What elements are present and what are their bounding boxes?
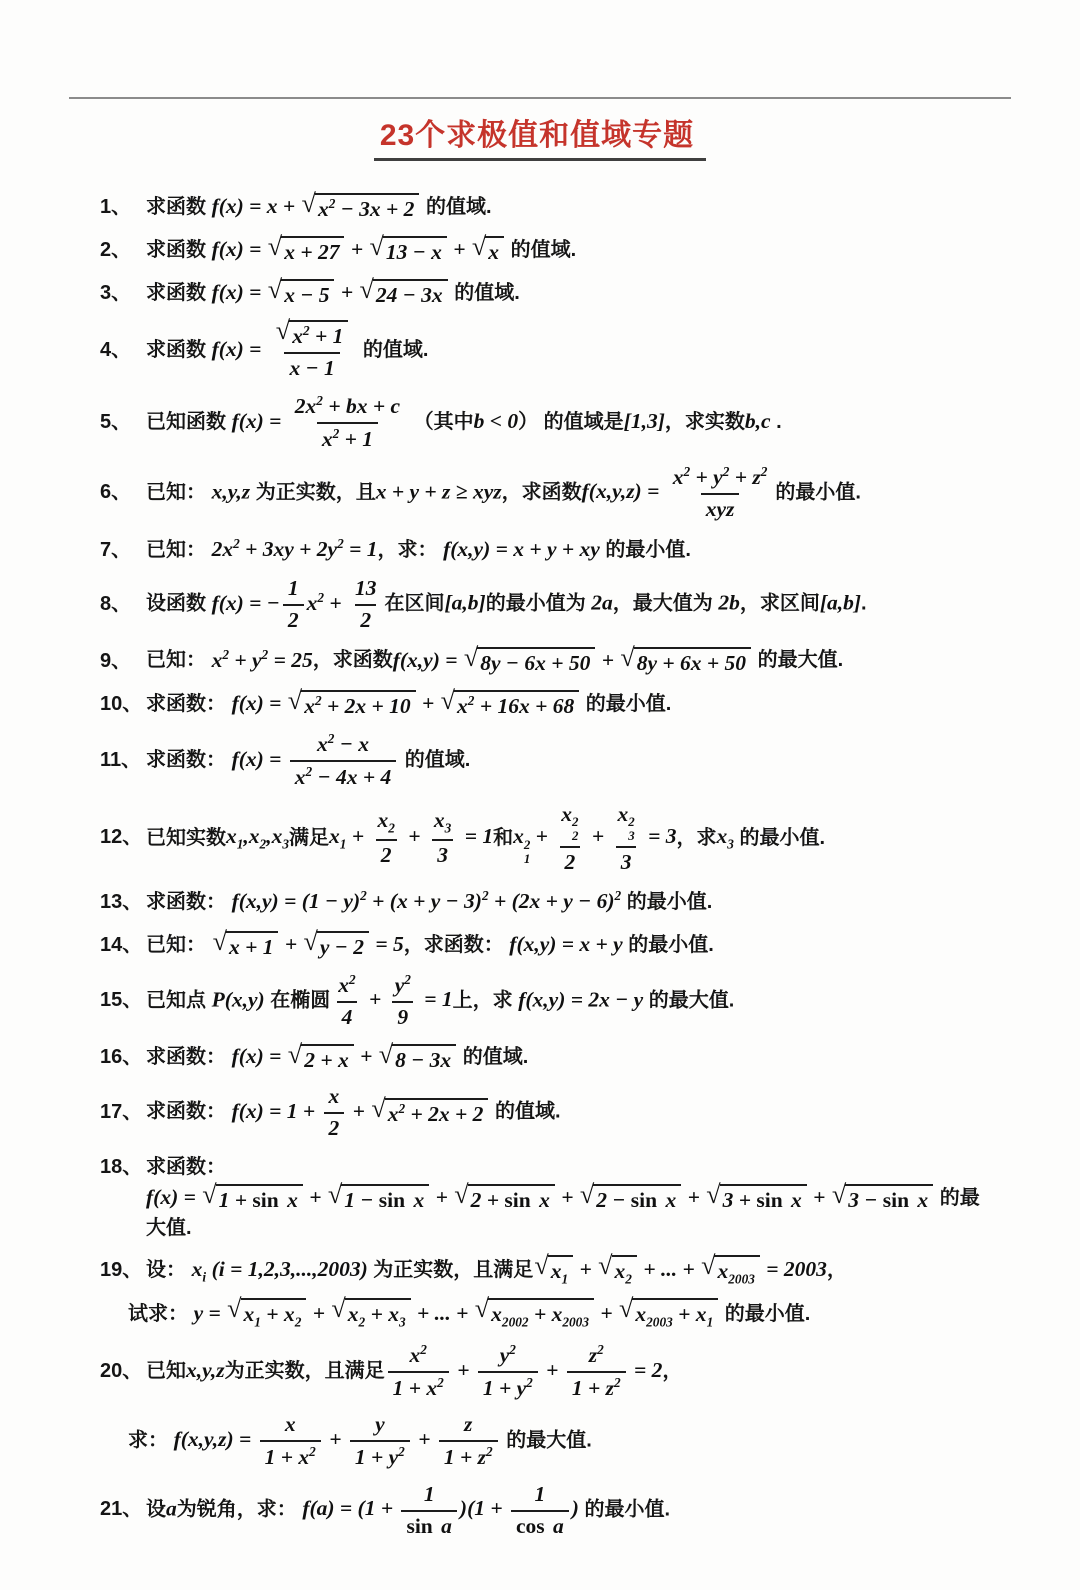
problem-line: 17、求函数： f(x) = 1 + x2 + √x2 + 2x + 2 的值域… [146, 1084, 996, 1142]
fraction-denominator: x2 + 1 [317, 422, 378, 453]
fraction-denominator: 3 [616, 846, 637, 876]
subscript: 1 [707, 1314, 714, 1329]
fraction-denominator: 1 + x2 [388, 1371, 449, 1402]
sqrt-radical: √13 − x [369, 236, 446, 266]
top-rule [69, 97, 1011, 99]
function-name: sin [252, 1188, 278, 1212]
problem-line: 14、已知： √x + 1 + √y − 2 = 5，求函数： f(x,y) =… [146, 929, 996, 961]
fraction-denominator: 1 + z2 [567, 1371, 626, 1402]
fraction-denominator: 2 [560, 846, 581, 876]
sqrt-radical: √1 + sin x [202, 1184, 303, 1214]
problem-line: 3、求函数 f(x) = √x − 5 + √24 − 3x 的值域. [146, 277, 996, 309]
text-run: 在区间 [385, 593, 445, 615]
fraction-denominator: 2 [283, 604, 304, 634]
text-run: 的最大值. [752, 650, 843, 672]
superscript: 2 [509, 1342, 516, 1357]
problem-line: 15、已知点 P(x,y) 在椭圆x24 + y29 = 1上，求 f(x,y)… [146, 972, 996, 1031]
text-run: 已知函数 [146, 411, 232, 433]
radical-sign: √ [268, 277, 282, 303]
problem-line: 16、求函数： f(x) = √2 + x + √8 − 3x 的值域. [146, 1041, 996, 1073]
text-run: ，最大值为 [613, 593, 719, 615]
problem-number: 15、 [100, 986, 146, 1015]
fraction-numerator: 13 [350, 576, 382, 604]
fraction-denominator: sin a [401, 1510, 456, 1540]
text-run: 已知 [146, 1360, 186, 1382]
math-run: x,y,z [212, 479, 251, 503]
fraction-denominator: x2 − 4x + 4 [290, 760, 396, 791]
radical-sign: √ [288, 688, 302, 714]
fraction: 12 [283, 576, 304, 634]
radical-sign: √ [303, 929, 317, 955]
text-run: ， [827, 1259, 847, 1281]
math-run: f(x) = 1 + x2 + √x2 + 2x + 2 [232, 1099, 490, 1123]
problem-row: 7、已知： 2x2 + 3xy + 2y2 = 1，求： f(x,y) = x … [100, 534, 996, 565]
radical-sign: √ [302, 191, 316, 217]
math-run: f(x) = x2 − xx2 − 4x + 4 [232, 747, 400, 771]
sqrt-radical: √x + 1 [213, 931, 279, 961]
subscript: 1 [254, 1314, 261, 1329]
subscript: 2 [359, 1314, 366, 1329]
problem-row: 20、已知x,y,z为正实数，且满足x21 + x2 + y21 + y2 + … [100, 1342, 996, 1471]
fraction: x2 + y2 + z2xyz [668, 464, 773, 523]
text-run: 设函数 [146, 593, 212, 615]
math-run: x21 + x2 + y21 + y2 + z21 + z2 = 2 [385, 1358, 663, 1382]
problem-number: 3、 [100, 279, 146, 308]
text-run: 的最大值. [501, 1429, 592, 1451]
fraction: y29 [390, 972, 416, 1031]
math-run: x + y + z ≥ xyz [376, 479, 502, 503]
text-run: 求函数： [146, 1101, 232, 1123]
sqrt-radical: √x1 + x2 [227, 1298, 306, 1331]
sqrt-radical: √x2 + 2x + 2 [371, 1098, 488, 1128]
radical-sign: √ [331, 1296, 345, 1322]
subscript: 3 [282, 837, 289, 852]
radicand: 1 + sin x [216, 1184, 303, 1214]
radicand: x2 + 2x + 10 [301, 690, 415, 720]
fraction-denominator: 1 + x2 [260, 1440, 321, 1471]
function-name: cos [516, 1514, 545, 1538]
fraction-numerator: x23 [613, 802, 640, 846]
problem-line: 20、已知x,y,z为正实数，且满足x21 + x2 + y21 + y2 + … [146, 1342, 996, 1402]
radicand: 8y − 6x + 50 [477, 647, 595, 677]
superscript: 2 [328, 731, 335, 746]
radicand: x2003 + x1 [632, 1298, 718, 1331]
text-run: 的最小值. [719, 1303, 810, 1325]
superscript: 2 [309, 1444, 316, 1459]
problem-line: 18、求函数： f(x) = √1 + sin x + √1 − sin x +… [146, 1153, 996, 1243]
superscript: 2 [316, 393, 323, 408]
subscript: 2 [295, 1314, 302, 1329]
problem-number: 16、 [100, 1043, 146, 1072]
sqrt-radical: √x2 + 1 [276, 320, 349, 350]
radicand: 13 − x [383, 236, 447, 266]
radical-sign: √ [472, 234, 486, 260]
math-run: f(x,y) = x + y + xy [443, 537, 600, 561]
problem-row: 4、求函数 f(x) = √x2 + 1x − 1 的值域. [100, 320, 996, 382]
text-run: 设： [146, 1259, 192, 1281]
problem-row: 12、已知实数x1,x2,x3满足x1 + x22 + x33 = 1和x21 … [100, 802, 996, 876]
radicand: 1 − sin x [341, 1184, 429, 1214]
text-run: 已知点 [146, 989, 212, 1011]
text-run: 的值域. [489, 1101, 560, 1123]
superscript: 2 [572, 816, 578, 830]
sqrt-radical: √x2 − 3x + 2 [302, 193, 420, 223]
math-run: f(x) = 2x2 + bx + cx2 + 1 [232, 409, 408, 433]
fraction-numerator: √x2 + 1 [270, 320, 355, 352]
text-run: 求函数 [146, 339, 212, 361]
math-run: x1,x2,x3 [226, 824, 289, 848]
text-run: 的最小值. [621, 891, 712, 913]
page-title-text: 23个求极值和值域专题 [374, 110, 706, 161]
text-run: 求函数： [146, 1156, 226, 1178]
radical-sign: √ [441, 688, 455, 714]
radicand: x2 + 16x + 68 [454, 690, 579, 720]
text-run: 上，求 [453, 989, 519, 1011]
superscript: 2 [349, 972, 356, 987]
math-run: f(x,y,z) = x2 + y2 + z2xyz [582, 479, 776, 503]
fraction: √x2 + 1x − 1 [270, 320, 355, 382]
superscript: 2 [597, 1342, 604, 1357]
text-run: ，求实数 [665, 411, 745, 433]
problem-line: 12、已知实数x1,x2,x3满足x1 + x22 + x33 = 1和x21 … [146, 802, 996, 876]
subscript: 3 [727, 837, 734, 852]
fraction: 1cos a [511, 1482, 569, 1540]
text-run: 试求： [128, 1303, 194, 1325]
text-run: 已知： [146, 481, 212, 503]
radical-sign: √ [706, 1182, 720, 1208]
text-run: 设 [146, 1498, 166, 1520]
superscript: 2 [761, 464, 768, 479]
subscript: 3 [399, 1314, 406, 1329]
problem-number: 13、 [100, 888, 146, 917]
math-run: x,y,z [186, 1358, 225, 1382]
fraction-numerator: y [370, 1412, 390, 1440]
radicand: x2 − 3x + 2 [315, 193, 419, 223]
sqrt-radical: √x2 + 16x + 68 [441, 690, 580, 720]
math-run: 2b [718, 591, 740, 615]
sqrt-radical: √y − 2 [303, 931, 368, 961]
text-run: 已知实数 [146, 826, 226, 848]
text-run: 求函数： [146, 693, 232, 715]
radical-sign: √ [598, 1252, 612, 1278]
fraction-denominator: 2 [355, 604, 376, 634]
text-run: ，求： [378, 539, 444, 561]
problem-line: 19、设： xi (i = 1,2,3,...,2003) 为正实数，且满足√x… [146, 1254, 996, 1288]
text-run: 已知： [146, 934, 212, 956]
problem-line: 试求： y = √x1 + x2 + √x2 + x3 + ... + √x20… [128, 1298, 996, 1332]
fraction-denominator: 2 [376, 839, 397, 869]
superscript: 2 [628, 816, 634, 830]
subscript: 2003 [728, 1271, 755, 1286]
page-title: 23个求极值和值域专题 [0, 2, 1080, 161]
text-run: 和 [493, 826, 513, 848]
radical-sign: √ [454, 1182, 468, 1208]
fraction: x2 [324, 1084, 345, 1142]
radical-sign: √ [580, 1182, 594, 1208]
text-run: 为正实数，且满足 [225, 1360, 385, 1382]
fraction-numerator: x3 [429, 808, 456, 838]
fraction-numerator: x2 [405, 1342, 432, 1371]
text-run: 求函数 [146, 239, 212, 261]
text-run: 已知： [146, 650, 212, 672]
superscript: 2 [262, 646, 269, 661]
superscript: 2 [333, 426, 340, 441]
fraction: 132 [350, 576, 382, 634]
problem-line: 9、已知： x2 + y2 = 25，求函数f(x,y) = √8y − 6x … [146, 644, 996, 676]
radical-sign: √ [268, 234, 282, 260]
sqrt-radical: √x + 27 [268, 236, 345, 266]
math-run: f(x,y,z) = x1 + x2 + y1 + y2 + z1 + z2 [174, 1427, 501, 1451]
radical-sign: √ [288, 1041, 302, 1067]
subscript: 1 [237, 837, 244, 852]
superscript: 2 [524, 839, 530, 853]
sqrt-radical: √x2 [598, 1255, 637, 1288]
problem-line: 21、设a为锐角，求： f(a) = (1 + 1sin a)(1 + 1cos… [146, 1482, 996, 1540]
radical-sign: √ [464, 645, 478, 671]
radicand: x [485, 236, 504, 266]
fraction-numerator: x2 [333, 972, 360, 1001]
radicand: x2002 + x2003 [488, 1298, 594, 1331]
fraction: y1 + y2 [350, 1412, 410, 1471]
superscript: 2 [468, 693, 475, 708]
fraction: x22 [372, 808, 399, 868]
problem-number: 9、 [100, 647, 146, 676]
fraction-numerator: x2 [372, 808, 399, 838]
sqrt-radical: √x2002 + x2003 [475, 1298, 594, 1331]
math-run: b,c [745, 409, 771, 433]
fraction: z1 + z2 [439, 1412, 498, 1471]
problem-number: 19、 [100, 1256, 146, 1285]
subscript: 1 [561, 1271, 568, 1286]
math-run: f(x) = √x2 + 2x + 10 + √x2 + 16x + 68 [232, 691, 581, 715]
radicand: x + 27 [281, 236, 344, 266]
text-run: 的值域. [399, 749, 470, 771]
math-run: 2a [591, 591, 613, 615]
fraction-denominator: 4 [337, 1001, 358, 1031]
text-run: 求函数： [146, 749, 232, 771]
subscript: 2 [388, 821, 395, 836]
text-run: . [771, 411, 782, 433]
fraction-denominator: 2 [324, 1112, 345, 1142]
fraction-numerator: z [459, 1412, 477, 1440]
radical-sign: √ [276, 318, 290, 344]
problem-row: 3、求函数 f(x) = √x − 5 + √24 − 3x 的值域. [100, 277, 996, 309]
problem-line: 13、求函数： f(x,y) = (1 − y)2 + (x + y − 3)2… [146, 886, 996, 917]
fraction: x222 [556, 802, 583, 876]
text-run: 的最小值. [579, 1498, 670, 1520]
sqrt-radical: √x2003 + x1 [619, 1298, 718, 1331]
superscript: 2 [222, 646, 229, 661]
problem-line: 7、已知： 2x2 + 3xy + 2y2 = 1，求： f(x,y) = x … [146, 534, 996, 565]
text-run: 求： [128, 1429, 174, 1451]
function-name: sin [631, 1188, 657, 1212]
sqrt-radical: √2 + sin x [454, 1184, 555, 1214]
math-run: x2 + y2 = 25 [212, 648, 313, 672]
radicand: 8 − 3x [392, 1044, 456, 1074]
radical-sign: √ [475, 1296, 489, 1322]
math-run: f(x,y) = √8y − 6x + 50 + √8y + 6x + 50 [393, 648, 752, 672]
stacked-scripts: 21 [524, 839, 530, 866]
fraction-denominator: 1 + y2 [478, 1371, 538, 1402]
text-run: 的值域. [457, 1046, 528, 1068]
text-run: 的值域. [420, 196, 491, 218]
problem-line: 4、求函数 f(x) = √x2 + 1x − 1 的值域. [146, 320, 996, 382]
superscript: 2 [486, 1444, 493, 1459]
superscript: 2 [420, 1342, 427, 1357]
subscript: 2003 [646, 1314, 673, 1329]
text-run: ，求函数 [313, 650, 393, 672]
fraction: x21 + x2 [388, 1342, 449, 1402]
fraction: 1sin a [401, 1482, 456, 1540]
radicand: 3 − sin x [845, 1184, 933, 1214]
problem-row: 15、已知点 P(x,y) 在椭圆x24 + y29 = 1上，求 f(x,y)… [100, 972, 996, 1031]
function-name: sin [379, 1188, 405, 1212]
problem-number: 6、 [100, 478, 146, 507]
problem-row: 8、设函数 f(x) = −12x2 + 132在区间[a,b]的最小值为 2a… [100, 576, 996, 634]
sqrt-radical: √8 − 3x [379, 1044, 456, 1074]
subscript: 1 [524, 853, 530, 867]
radicand: x + 1 [226, 931, 279, 961]
problem-number: 7、 [100, 536, 146, 565]
math-run: [a,b] [445, 591, 486, 615]
text-run: 的最小值. [623, 934, 714, 956]
text-run: 求函数 [146, 196, 212, 218]
text-run: 为锐角，求： [177, 1498, 303, 1520]
superscript: 2 [482, 888, 489, 903]
text-run: 满足 [289, 826, 329, 848]
subscript: 2003 [562, 1314, 589, 1329]
text-run: 求函数： [146, 891, 232, 913]
superscript: 2 [337, 536, 344, 551]
problem-number: 12、 [100, 823, 146, 852]
math-run: P(x,y) [212, 987, 265, 1011]
math-run: f(x) = x + √x2 − 3x + 2 [212, 194, 421, 218]
sqrt-radical: √x − 5 [268, 279, 335, 309]
math-run: f(x) = √x − 5 + √24 − 3x [212, 280, 449, 304]
radicand: x2 + 2x + 2 [385, 1098, 489, 1128]
text-run: ，求 [676, 826, 716, 848]
sqrt-radical: √x2 + 2x + 10 [288, 690, 416, 720]
radicand: x1 + x2 [241, 1298, 307, 1331]
problem-row: 11、求函数： f(x) = x2 − xx2 − 4x + 4 的值域. [100, 731, 996, 791]
sqrt-radical: √x2003 [701, 1255, 760, 1288]
problem-number: 14、 [100, 931, 146, 960]
sqrt-radical: √1 − sin x [328, 1184, 429, 1214]
superscript: 2 [614, 1375, 621, 1390]
subscript: 3 [445, 821, 452, 836]
fraction-numerator: 1 [530, 1482, 551, 1510]
superscript: 2 [306, 764, 313, 779]
problem-number: 18、 [100, 1153, 146, 1182]
fraction-numerator: y2 [390, 972, 416, 1001]
superscript: 2 [315, 693, 322, 708]
fraction-denominator: x − 1 [284, 352, 339, 382]
subscript: 2 [572, 830, 578, 844]
radicand: x2003 [714, 1255, 759, 1288]
fraction: y21 + y2 [478, 1342, 538, 1402]
radicand: x2 [612, 1255, 637, 1288]
fraction-numerator: 1 [419, 1482, 440, 1510]
radical-sign: √ [619, 1296, 633, 1322]
subscript: 2002 [502, 1314, 529, 1329]
math-run: [1,3] [624, 409, 665, 433]
radicand: x − 5 [281, 279, 334, 309]
text-run: 的最小值. [775, 481, 861, 503]
sqrt-radical: √8y − 6x + 50 [464, 647, 595, 677]
sqrt-radical: √2 − sin x [580, 1184, 681, 1214]
math-run: √x1 + √x2 + ... + √x2003 = 2003 [533, 1257, 827, 1281]
problem-row: 16、求函数： f(x) = √2 + x + √8 − 3x 的值域. [100, 1041, 996, 1073]
problem-number: 5、 [100, 408, 146, 437]
fraction-denominator: 1 + z2 [439, 1440, 498, 1471]
superscript: 2 [233, 536, 240, 551]
text-run: ，求区间 [740, 593, 820, 615]
text-run: 的最小值为 [486, 593, 592, 615]
math-run: f(a) = (1 + 1sin a)(1 + 1cos a) [302, 1496, 579, 1520]
fraction: 2x2 + bx + cx2 + 1 [290, 393, 405, 453]
superscript: 2 [437, 1375, 444, 1390]
fraction-numerator: x2 + y2 + z2 [668, 464, 773, 493]
text-run: 的值域. [357, 339, 428, 361]
math-run: f(x) = √x2 + 1x − 1 [212, 337, 358, 361]
document-page: 23个求极值和值域专题 1、求函数 f(x) = x + √x2 − 3x + … [0, 0, 1080, 1590]
problem-number: 2、 [100, 236, 146, 265]
fraction-denominator: cos a [511, 1510, 569, 1540]
text-run: ，求函数 [502, 481, 582, 503]
problem-number: 20、 [100, 1357, 146, 1386]
text-run: 的最小值. [734, 826, 825, 848]
subscript: 2 [260, 837, 267, 852]
fraction-numerator: x [324, 1084, 345, 1112]
fraction-denominator: 1 + y2 [350, 1440, 410, 1471]
math-run: x3 [716, 824, 733, 848]
math-run: x1 + x22 + x33 = 1 [329, 824, 493, 848]
problem-number: 11、 [100, 746, 146, 775]
radicand: 3 + sin x [720, 1184, 807, 1214]
radicand: 2 + x [301, 1044, 354, 1074]
problem-row: 5、已知函数 f(x) = 2x2 + bx + cx2 + 1 （其中b < … [100, 393, 996, 453]
radicand: x2 + 1 [289, 320, 348, 350]
function-name: sin [883, 1188, 909, 1212]
subscript: 2 [625, 1271, 632, 1286]
math-run: f(x) = √2 + x + √8 − 3x [232, 1044, 458, 1068]
radicand: 8y + 6x + 50 [634, 647, 751, 677]
stacked-scripts: 23 [628, 816, 634, 843]
text-run: 求函数 [146, 282, 212, 304]
radicand: x1 [548, 1255, 573, 1288]
problem-number: 21、 [100, 1495, 146, 1524]
problem-line: 5、已知函数 f(x) = 2x2 + bx + cx2 + 1 （其中b < … [146, 393, 996, 453]
problem-number: 10、 [100, 690, 146, 719]
radical-sign: √ [359, 277, 373, 303]
fraction: x24 [333, 972, 360, 1031]
superscript: 2 [303, 323, 310, 338]
radicand: y − 2 [317, 931, 369, 961]
radical-sign: √ [371, 1096, 385, 1122]
sqrt-radical: √8y + 6x + 50 [620, 647, 751, 677]
superscript: 2 [360, 888, 367, 903]
text-run: 的值域. [505, 239, 576, 261]
problem-line: 2、求函数 f(x) = √x + 27 + √13 − x + √x 的值域. [146, 234, 996, 266]
text-run: （其中 [408, 411, 474, 433]
function-name: sin [504, 1188, 530, 1212]
radical-sign: √ [213, 929, 227, 955]
stacked-scripts: 22 [572, 816, 578, 843]
text-run: 的最小值. [580, 693, 671, 715]
math-run: f(x) = √1 + sin x + √1 − sin x + √2 + si… [146, 1185, 934, 1209]
math-run: f(x,y) = x + y [509, 932, 622, 956]
fraction: x1 + x2 [260, 1412, 321, 1471]
